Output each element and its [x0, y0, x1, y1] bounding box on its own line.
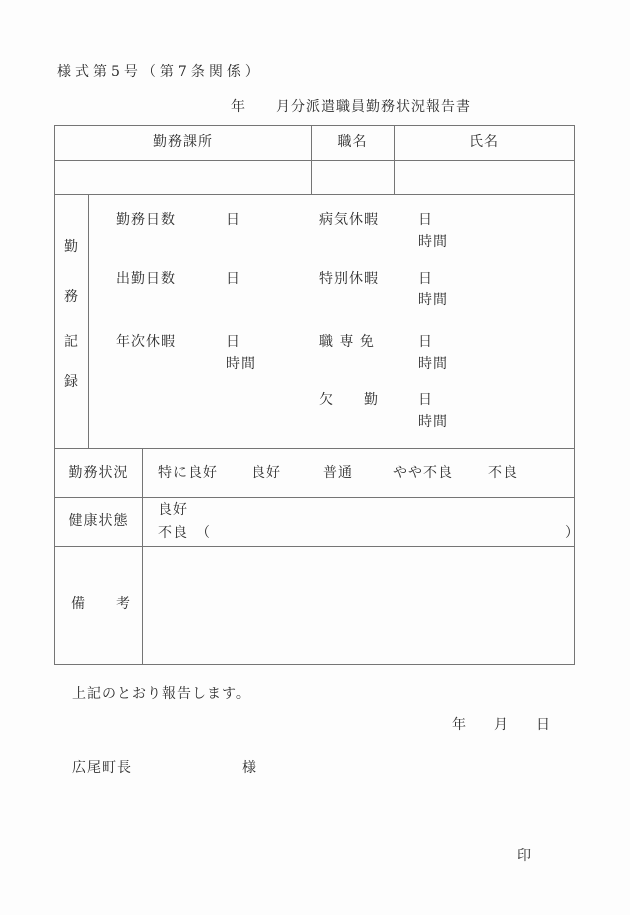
column-divider — [88, 194, 89, 448]
row-divider — [55, 194, 574, 195]
record-unit-day: 日 — [226, 212, 241, 228]
row-divider — [55, 497, 574, 498]
status-option-poor: 不良 — [488, 465, 518, 481]
record-unit-hour: 時間 — [418, 292, 448, 308]
remarks-row-label: 備 考 — [71, 596, 131, 612]
record-unit-day: 日 — [418, 392, 433, 408]
health-row-label: 健康状態 — [55, 513, 142, 529]
report-form-page: 様式第5号（第7条関係） 年 月分派遣職員勤務状況報告書 勤務課所 職名 氏名 … — [0, 0, 630, 915]
status-option-normal: 普通 — [323, 465, 353, 481]
record-unit-hour: 時間 — [418, 234, 448, 250]
record-unit-hour: 時間 — [418, 414, 448, 430]
status-option-good: 良好 — [251, 465, 281, 481]
record-section-label-char: 録 — [55, 374, 88, 390]
record-unit-day: 日 — [418, 212, 433, 228]
status-option-somewhat-poor: やや不良 — [393, 465, 453, 481]
record-unit-hour: 時間 — [418, 356, 448, 372]
date-year-label: 年 — [452, 717, 467, 733]
column-divider — [142, 448, 143, 664]
record-label-annual-leave: 年次休暇 — [116, 334, 176, 350]
record-label-absence: 欠 勤 — [319, 392, 379, 408]
header-name: 氏名 — [394, 134, 574, 150]
record-unit-day: 日 — [226, 334, 241, 350]
header-position: 職名 — [311, 134, 394, 150]
report-table: 勤務課所 職名 氏名 勤 務 記 録 勤務日数 日 出勤日数 日 年次休暇 日 … — [54, 125, 575, 665]
report-statement: 上記のとおり報告します。 — [72, 686, 251, 702]
record-section-label-char: 勤 — [55, 239, 88, 255]
record-section-label-char: 記 — [55, 334, 88, 350]
addressee-honorific: 様 — [242, 760, 257, 776]
header-office: 勤務課所 — [55, 134, 311, 150]
record-unit-hour: 時間 — [226, 356, 256, 372]
status-option-excellent: 特に良好 — [158, 465, 218, 481]
row-divider — [55, 448, 574, 449]
date-day-label: 日 — [536, 717, 551, 733]
record-label-special-leave: 特別休暇 — [319, 271, 379, 287]
health-option-good: 良好 — [158, 502, 188, 518]
date-month-label: 月 — [494, 717, 509, 733]
record-label-attendance: 出勤日数 — [116, 271, 176, 287]
seal-mark: 印 — [517, 848, 532, 864]
record-label-workdays: 勤務日数 — [116, 212, 176, 228]
health-option-bad-close: ） — [565, 525, 580, 541]
record-unit-day: 日 — [418, 271, 433, 287]
addressee: 広尾町長 — [72, 760, 132, 776]
record-unit-day: 日 — [418, 334, 433, 350]
record-unit-day: 日 — [226, 271, 241, 287]
form-number: 様式第5号（第7条関係） — [57, 64, 263, 80]
form-title: 年 月分派遣職員勤務状況報告書 — [231, 99, 471, 115]
row-divider — [55, 546, 574, 547]
health-option-bad-open: 不良 （ — [158, 525, 211, 541]
row-divider — [55, 160, 574, 161]
status-row-label: 勤務状況 — [55, 465, 142, 481]
record-label-professional-exemption: 職 専 免 — [319, 334, 375, 350]
record-section-label-char: 務 — [55, 289, 88, 305]
record-label-sick-leave: 病気休暇 — [319, 212, 379, 228]
